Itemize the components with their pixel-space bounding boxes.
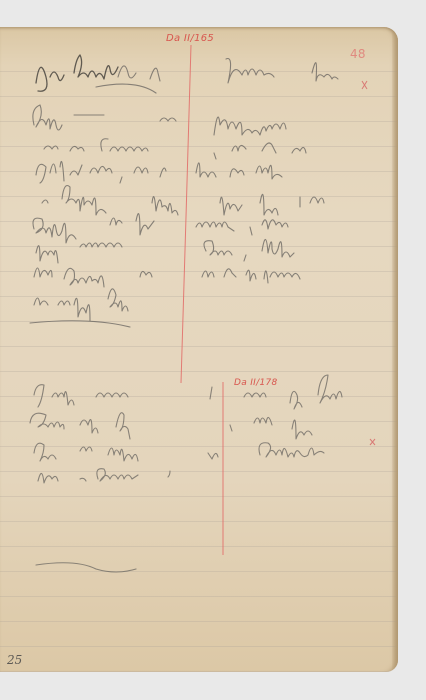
archive-signature-lower: Da II/178	[234, 378, 278, 388]
handwriting-layer	[0, 27, 398, 672]
red-cross-mark-lower	[370, 439, 375, 445]
red-margin-line-upper	[181, 45, 191, 383]
manuscript-page: Da II/165 Da II/178 48 25 Das Ideale der…	[0, 27, 398, 672]
page-edge-shadow	[392, 27, 398, 672]
page-number: 25	[7, 653, 22, 667]
folio-number: 48	[350, 47, 366, 61]
archive-signature-upper: Da II/165	[166, 33, 214, 44]
red-cross-mark-upper	[362, 81, 367, 89]
